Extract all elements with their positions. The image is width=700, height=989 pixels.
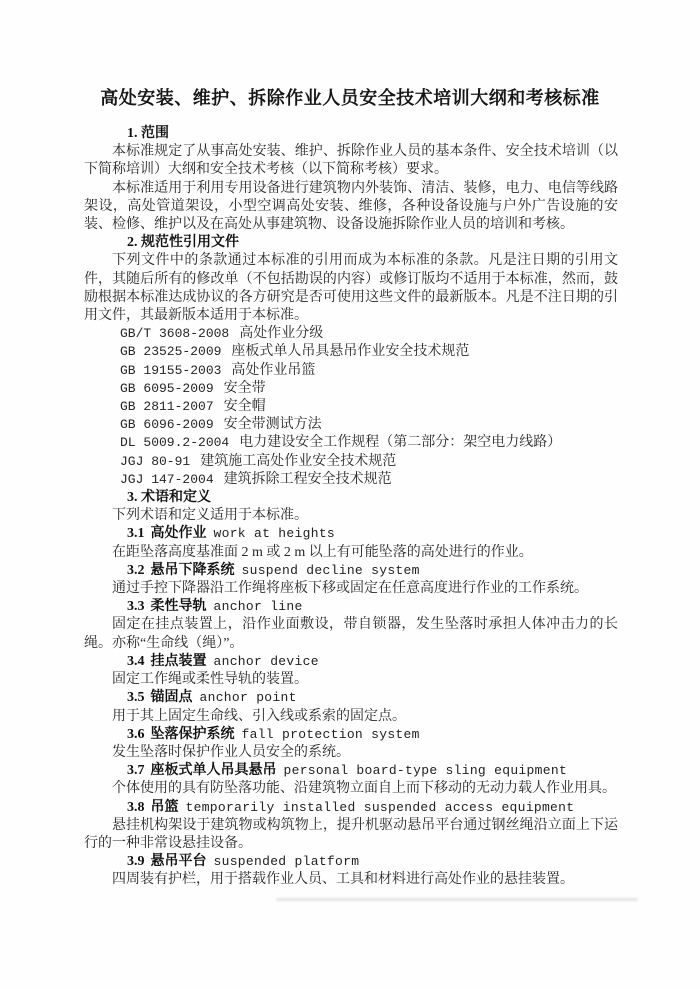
term-name-en: fall protection system (242, 727, 420, 742)
term-number: 3.7 (127, 763, 145, 778)
term-number: 3.1 (127, 526, 145, 541)
term-heading: 3.2悬吊下降系统suspend decline system (84, 562, 618, 580)
term-definition: 发生坠落时保护作业人员安全的系统。 (84, 744, 618, 762)
section-heading: 2. 规范性引用文件 (84, 234, 618, 252)
term-number: 3.6 (127, 727, 145, 742)
reference-title: 高处作业分级 (239, 326, 323, 341)
document-page: 高处安装、维护、拆除作业人员安全技术培训大纲和考核标准 1. 范围本标准规定了从… (0, 0, 700, 989)
term-definition: 固定在挂点装置上，沿作业面敷设，带自锁器，发生坠落时承担人体冲击力的长绳。亦称“… (84, 616, 618, 652)
reference-item: JGJ 80-91建筑施工高处作业安全技术规范 (84, 453, 618, 471)
term-name-zh: 挂点装置 (151, 654, 207, 669)
reference-code: GB 23525-2009 (120, 344, 221, 359)
term-name-zh: 座板式单人吊具悬吊 (151, 763, 277, 778)
term-number: 3.2 (127, 563, 145, 578)
reference-code: GB 2811-2007 (120, 399, 214, 414)
term-name-zh: 坠落保护系统 (151, 727, 235, 742)
term-definition: 用于其上固定生命线、引入线或系索的固定点。 (84, 708, 618, 726)
section-intro: 下列术语和定义适用于本标准。 (84, 507, 618, 525)
term-name-zh: 柔性导轨 (151, 599, 207, 614)
reference-title: 安全带测试方法 (224, 417, 322, 432)
reference-item: GB 2811-2007安全帽 (84, 398, 618, 416)
reference-code: JGJ 80-91 (120, 454, 190, 469)
reference-item: GB 23525-2009座板式单人吊具悬吊作业安全技术规范 (84, 343, 618, 361)
section-heading: 3. 术语和定义 (84, 489, 618, 507)
term-name-en: anchor device (214, 654, 319, 669)
term-heading: 3.6坠落保护系统fall protection system (84, 726, 618, 744)
term-number: 3.5 (127, 690, 145, 705)
term-definition: 在距坠落高度基准面 2 m 或 2 m 以上有可能坠落的高处进行的作业。 (84, 544, 618, 562)
reference-title: 建筑拆除工程安全技术规范 (224, 472, 392, 487)
reference-code: GB 19155-2003 (120, 363, 221, 378)
section-heading: 1. 范围 (84, 125, 618, 143)
term-number: 3.8 (127, 800, 145, 815)
term-definition: 个体使用的具有防坠落功能、沿建筑物立面自上而下移动的无动力载人作业用具。 (84, 780, 618, 798)
reference-code: GB/T 3608-2008 (120, 326, 229, 341)
term-heading: 3.4挂点装置anchor device (84, 653, 618, 671)
term-name-en: anchor point (200, 690, 297, 705)
term-name-en: temporarily installed suspended access e… (186, 800, 575, 815)
term-name-en: work at heights (214, 526, 336, 541)
term-name-en: suspend decline system (242, 563, 420, 578)
term-name-en: personal board-type sling equipment (284, 763, 568, 778)
term-name-zh: 悬吊平台 (151, 854, 207, 869)
paragraph: 本标准适用于利用专用设备进行建筑物内外装饰、清洁、装修，电力、电信等线路架设，高… (84, 180, 618, 235)
reference-item: GB 6096-2009安全带测试方法 (84, 416, 618, 434)
term-definition: 固定工作绳或柔性导轨的装置。 (84, 671, 618, 689)
document-body: 1. 范围本标准规定了从事高处安装、维护、拆除作业人员的基本条件、安全技术培训（… (84, 125, 618, 890)
paragraph: 本标准规定了从事高处安装、维护、拆除作业人员的基本条件、安全技术培训（以下简称培… (84, 143, 618, 179)
reference-title: 安全带 (224, 381, 266, 396)
term-heading: 3.1高处作业work at heights (84, 525, 618, 543)
reference-title: 高处作业吊篮 (231, 363, 315, 378)
term-definition: 悬挂机构架设于建筑物或构筑物上，提升机驱动悬吊平台通过钢丝绳沿立面上下运行的一种… (84, 817, 618, 853)
reference-code: GB 6095-2009 (120, 381, 214, 396)
reference-code: GB 6096-2009 (120, 417, 214, 432)
term-name-zh: 悬吊下降系统 (151, 563, 235, 578)
term-heading: 3.7座板式单人吊具悬吊personal board-type sling eq… (84, 762, 618, 780)
term-heading: 3.9悬吊平台suspended platform (84, 853, 618, 871)
reference-title: 电力建设安全工作规程（第二部分：架空电力线路） (239, 435, 561, 450)
paragraph: 下列文件中的条款通过本标准的引用而成为本标准的条款。凡是注日期的引用文件，其随后… (84, 252, 618, 325)
scan-artifact (276, 898, 638, 901)
term-definition: 四周装有护栏，用于搭载作业人员、工具和材料进行高处作业的悬挂装置。 (84, 871, 618, 889)
term-heading: 3.3柔性导轨anchor line (84, 598, 618, 616)
term-heading: 3.8吊篮temporarily installed suspended acc… (84, 799, 618, 817)
reference-title: 安全帽 (224, 399, 266, 414)
reference-title: 建筑施工高处作业安全技术规范 (200, 454, 396, 469)
term-heading: 3.5锚固点anchor point (84, 689, 618, 707)
term-definition: 通过手控下降器沿工作绳将座板下移或固定在任意高度进行作业的工作系统。 (84, 580, 618, 598)
term-number: 3.4 (127, 654, 145, 669)
reference-item: GB 6095-2009安全带 (84, 380, 618, 398)
term-name-zh: 吊篮 (151, 800, 179, 815)
reference-code: JGJ 147-2004 (120, 472, 214, 487)
document-title: 高处安装、维护、拆除作业人员安全技术培训大纲和考核标准 (40, 86, 660, 110)
reference-item: JGJ 147-2004建筑拆除工程安全技术规范 (84, 471, 618, 489)
reference-item: DL 5009.2-2004电力建设安全工作规程（第二部分：架空电力线路） (84, 434, 618, 452)
term-name-zh: 锚固点 (151, 690, 193, 705)
reference-item: GB 19155-2003高处作业吊篮 (84, 362, 618, 380)
reference-code: DL 5009.2-2004 (120, 435, 229, 450)
reference-title: 座板式单人吊具悬吊作业安全技术规范 (231, 344, 469, 359)
term-name-en: anchor line (214, 599, 303, 614)
term-number: 3.3 (127, 599, 145, 614)
reference-item: GB/T 3608-2008高处作业分级 (84, 325, 618, 343)
term-name-en: suspended platform (214, 854, 360, 869)
term-number: 3.9 (127, 854, 145, 869)
term-name-zh: 高处作业 (151, 526, 207, 541)
